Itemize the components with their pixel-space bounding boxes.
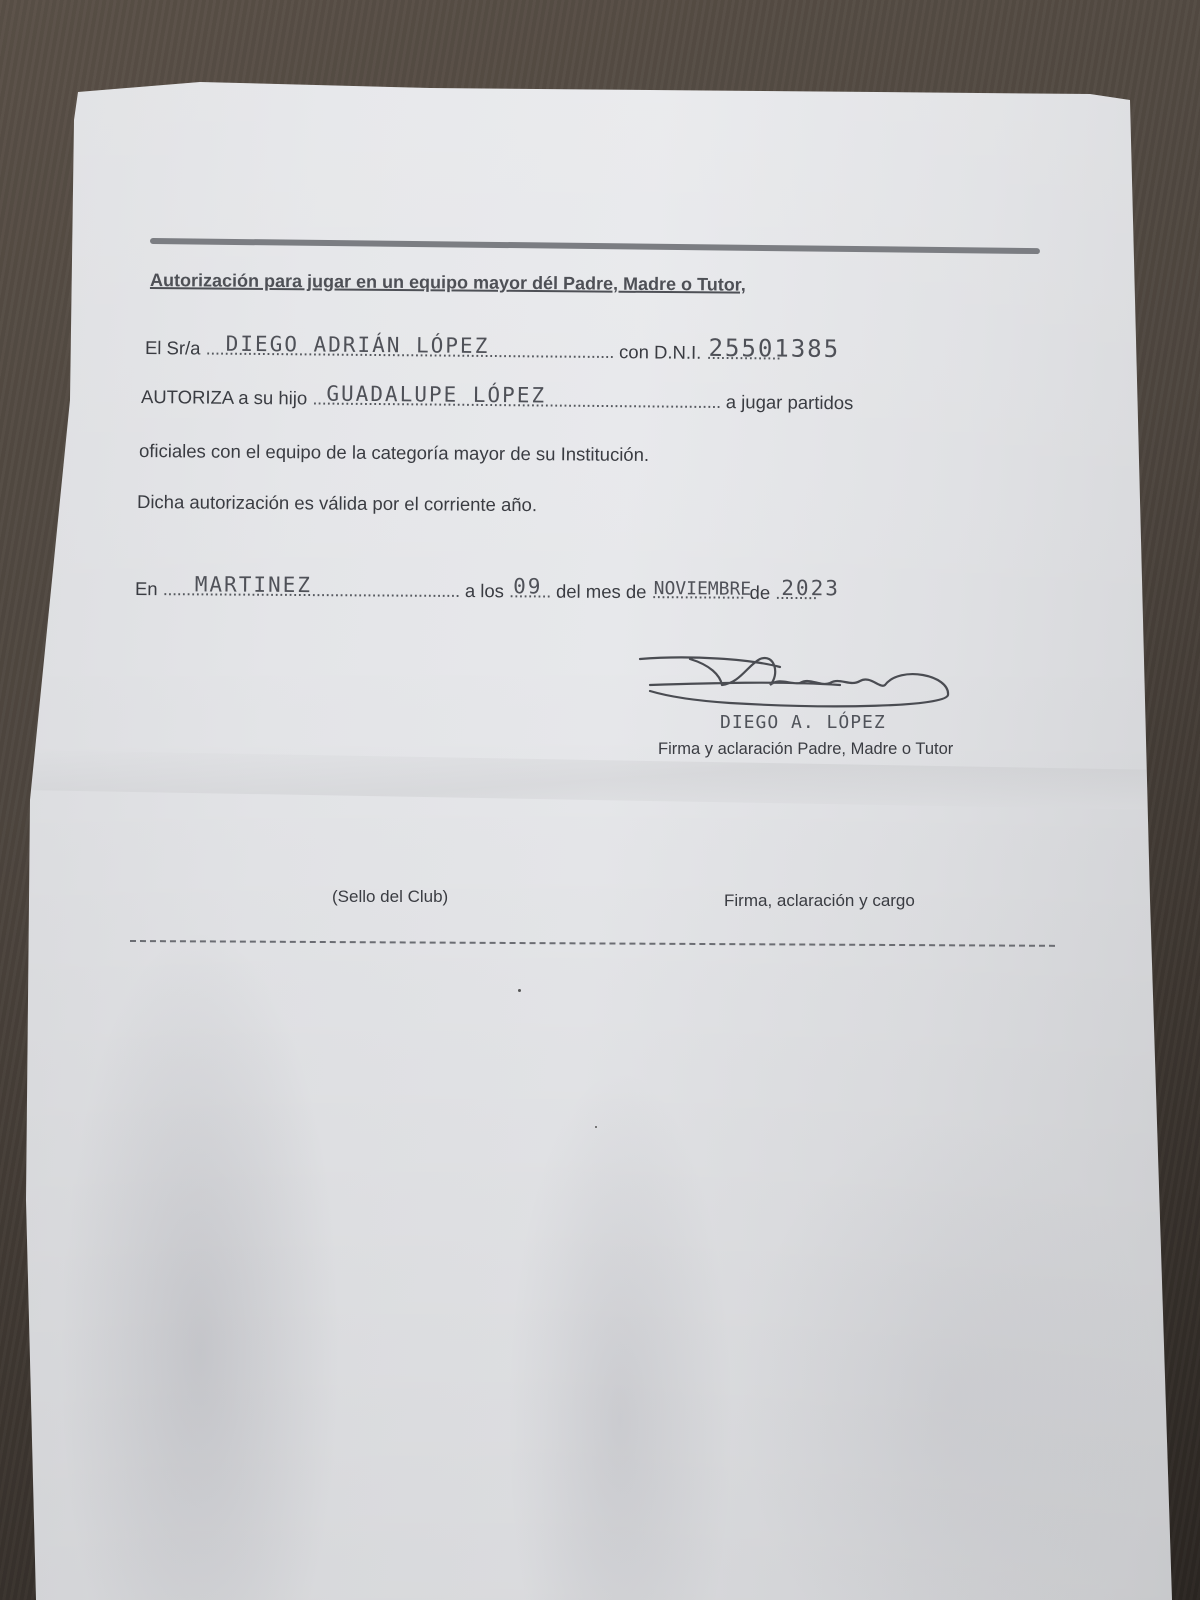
dni-value: 25501385 [708, 334, 840, 363]
place-value: MARTINEZ [195, 572, 312, 597]
year-field[interactable]: ......... 2023 [775, 582, 817, 604]
day-value: 09 [513, 574, 542, 598]
line-place-date: En .....................................… [135, 578, 817, 604]
dni-label: con D.N.I. [619, 341, 701, 363]
month-field[interactable]: .................... NOVIEMBRE [652, 581, 745, 604]
club-stamp-label: (Sello del Club) [332, 887, 448, 907]
child-name-field[interactable]: ........................................… [312, 387, 720, 413]
paper-sheet: Autorización para jugar en un equipo may… [0, 0, 1200, 1600]
line-validity: Dicha autorización es válida por el corr… [137, 491, 537, 516]
year-label: de [750, 582, 771, 603]
month-label: del mes de [556, 581, 647, 603]
paper-speck [518, 989, 521, 992]
place-label: En [135, 578, 158, 599]
child-name-value: GUADALUPE LÓPEZ [326, 382, 546, 408]
dni-field[interactable]: ................ 25501385 [706, 342, 780, 365]
parent-label: El Sr/a [145, 337, 201, 358]
official-signature-label: Firma, aclaración y cargo [724, 891, 915, 911]
signature-name: DIEGO A. LÓPEZ [720, 712, 886, 733]
paper-speck [595, 1126, 597, 1128]
place-field[interactable]: ........................................… [163, 578, 460, 602]
day-label: a los [465, 580, 504, 601]
line-official-games: oficiales con el equipo de la categoría … [139, 440, 649, 466]
child-label: AUTORIZA a su hijo [141, 386, 307, 408]
play-label: a jugar partidos [726, 391, 854, 413]
parent-name-value: DIEGO ADRIÁN LÓPEZ [226, 332, 490, 358]
signature-caption: Firma y aclaración Padre, Madre o Tutor [658, 740, 953, 759]
day-field[interactable]: ......... 09 [509, 580, 551, 602]
parent-name-field[interactable]: ........................................… [206, 338, 614, 364]
year-value: 2023 [781, 576, 840, 600]
month-value: NOVIEMBRE [654, 578, 752, 600]
